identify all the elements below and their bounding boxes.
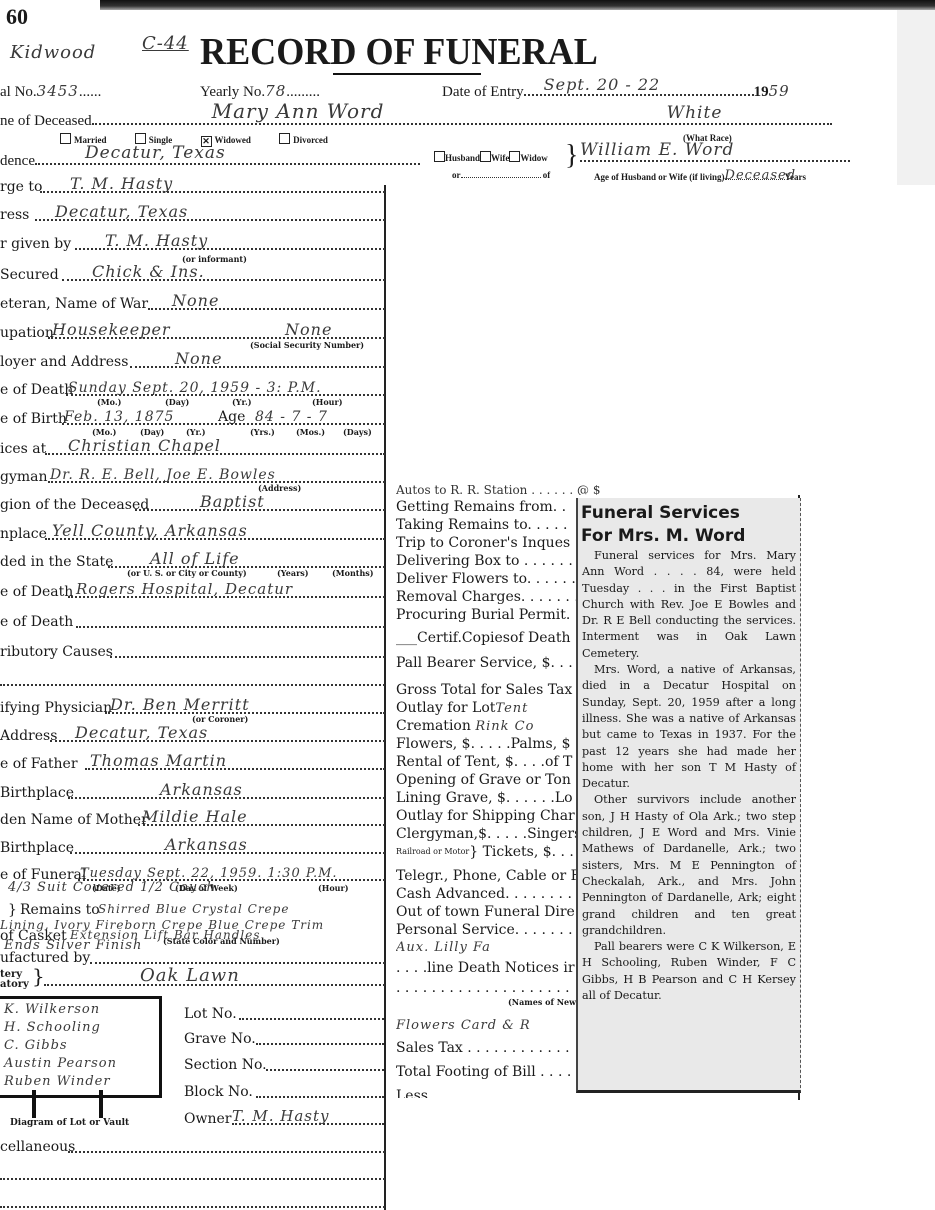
diagram-name: Ruben Winder [4,1074,111,1089]
diagram-leg-right [99,1090,103,1118]
religion-value[interactable]: Baptist [200,492,265,511]
clergyman-row: gymanDr. R. E. Bell, Joe E. Bowles [0,465,385,487]
mother-birthplace-value[interactable]: Arkansas [165,835,248,854]
divorced-checkbox[interactable] [279,133,290,144]
scan-edge [100,0,935,10]
charge-sales-tax: Sales Tax . . . . . . . . . . . . [396,1040,578,1056]
charge-tickets: Railroad or Motor} Tickets, $. . . . . . [396,844,578,860]
diagram-name: C. Gibbs [4,1038,68,1053]
order-given-by-value[interactable]: T. M. Hasty [105,231,208,250]
serial-label: al No. [0,84,37,100]
cemetery-row: }Oak Lawn [0,968,385,990]
section-no-row: Section No. [184,1053,384,1075]
diagram-name: K. Wilkerson [4,1002,100,1017]
mother-birthplace-row: BirthplaceArkansas [0,836,385,858]
father-birthplace-row: BirthplaceArkansas [0,781,385,803]
marital-divorced[interactable]: Divorced [279,135,328,145]
order-given-by-row: r given byT. M. Hasty [0,232,385,254]
birthplace-row: nplaceYell County, Arkansas [0,522,385,544]
grave-no-row: Grave No. [184,1027,384,1049]
charge-to-row: rge toT. M. Hasty [0,175,385,197]
ssn-caption: (Social Security Number) [250,340,364,350]
widow-checkbox[interactable] [509,151,520,162]
place-of-death-row: e of DeathRogers Hospital, Decatur [0,580,385,602]
physician-address-value[interactable]: Decatur, Texas [75,723,208,742]
spouse-type-options: HusbandWifeWidow [434,151,548,163]
casket-caption: (State Color and Number) [163,936,280,946]
married-checkbox[interactable] [60,133,71,144]
birthplace-value[interactable]: Yell County, Arkansas [52,521,248,540]
social-security-value[interactable]: None [285,320,332,339]
husband-checkbox[interactable] [434,151,445,162]
cemetery-value[interactable]: Oak Lawn [140,965,240,986]
charge-clergyman-singers: Clergyman,$. . . . .Singers [396,826,578,842]
contributory-causes-row: ributory Causes [0,640,385,662]
religion-row: gion of the DeceasedBaptist [0,493,385,515]
services-at-row: ices atChristian Chapel [0,437,385,459]
charge-deliver-flowers: Deliver Flowers to. . . . . . [396,571,578,587]
misc-blank-row [0,1190,385,1210]
owner-value[interactable]: T. M. Hasty [232,1107,329,1125]
title-underline [333,73,481,75]
charge-getting-remains: Getting Remains from. . [396,499,578,515]
charge-delivering-box: Delivering Box to . . . . . . [396,553,578,569]
charge-tent-rental: Rental of Tent, $. . . .of T [396,754,578,770]
mother-name-row: den Name of MotherMildie Hale [0,808,385,830]
date-of-birth-row: e of BirthFeb. 13, 1875Age84 - 7 - 7 [0,407,385,429]
entry-label: Date of Entry [442,84,524,100]
charge-removal: Removal Charges. . . . . . . [396,589,578,605]
charge-flowers-card-note[interactable]: Flowers Card & R [396,1018,578,1033]
resided-value[interactable]: All of Life [150,549,240,568]
clipping-paragraph: Mrs. Word, a native of Arkansas, died in… [578,662,800,792]
record-code: C-44 [142,33,189,54]
address-row: ressDecatur, Texas [0,203,385,225]
place-of-death-value[interactable]: Rogers Hospital, Decatur [76,580,293,598]
serial-no-field: al No.3453...... [0,82,101,101]
deceased-name-field: ne of DeceasedMary Ann WordWhite [0,113,832,130]
diagram-caption: Diagram of Lot or Vault [10,1118,129,1128]
veteran-value[interactable]: None [172,291,219,310]
entry-value[interactable]: Sept. 20 - 22 [544,75,661,94]
block-no-row: Block No. [184,1080,384,1102]
employer-value[interactable]: None [175,349,222,368]
physician-address-row: AddressDecatur, Texas [0,724,385,746]
wife-checkbox[interactable] [480,151,491,162]
blank-row [0,668,385,690]
address-value[interactable]: Decatur, Texas [55,202,188,221]
order-secured-value[interactable]: Chick & Ins. [92,262,205,281]
father-name-row: e of FatherThomas Martin [0,752,385,774]
charge-less: Less [396,1088,578,1098]
date-of-entry-field: Date of EntrySept. 20 - 221959 [442,82,790,101]
charge-personal-service: Personal Service. . . . . . . . [396,922,578,938]
deceased-label: ne of Deceased [0,113,92,129]
miscellaneous-row: cellaneous [0,1135,385,1157]
entry-year-prefix: 19 [754,84,769,100]
newspaper-clipping: Funeral ServicesFor Mrs. M. Word Funeral… [576,498,801,1093]
yearly-label: Yearly No. [200,84,265,100]
charge-to-value[interactable]: T. M. Hasty [70,174,173,193]
services-at-value[interactable]: Christian Chapel [68,436,221,455]
clipping-paragraph: Pall bearers were C K Wilkerson, E H Sch… [578,939,800,1004]
spouse-brace: } [565,140,578,172]
location-note: Kidwood [10,42,96,63]
charge-coroner-trip: Trip to Coroner's Inques [396,535,578,551]
spouse-name-field: William E. Word [580,150,850,167]
diagram-name: H. Schooling [4,1020,101,1035]
yearly-value[interactable]: 78 [265,82,286,100]
spouse-age-value[interactable]: Deceased [725,168,797,183]
funeral-time-value[interactable]: Tuesday Sept. 22, 1959. 1:30 P.M. [80,866,338,881]
clipping-paragraph: Other survivors include another son, J H… [578,792,800,939]
charge-autos: Autos to R. R. Station . . . . . . @ $ [396,483,796,495]
scan-margin [897,10,935,185]
newspaper-caption: (Names of New [508,997,576,1007]
charge-pall-bearer: Pall Bearer Service, $. . . [396,655,578,671]
date-of-death-value[interactable]: Sunday Sept. 20, 1959 - 3: P.M. [68,380,322,396]
charge-telegraph: Telegr., Phone, Cable or F [396,868,578,884]
charge-death-certificates: ___Certif.Copiesof Death [396,630,578,646]
physician-value[interactable]: Dr. Ben Merritt [110,695,250,714]
residence-field: denceDecatur, Texas [0,153,420,170]
entry-year-value[interactable]: 59 [769,82,790,100]
race-value[interactable]: White [667,103,723,123]
clipping-headline: Funeral ServicesFor Mrs. M. Word [581,502,800,548]
charge-opening-grave: Opening of Grave or Ton [396,772,578,788]
charge-outlay-lot: Outlay for LotTent [396,700,578,716]
charge-lining-grave: Lining Grave, $. . . . . .Lo [396,790,578,806]
veteran-row: eteran, Name of WarNone [0,292,385,314]
charge-total-footing: Total Footing of Bill . . . . [396,1064,578,1080]
charge-taking-remains: Taking Remains to. . . . . [396,517,578,533]
occupation-value[interactable]: Housekeeper [52,320,171,339]
remains-row: } Remains toShirred Blue Crystal Crepe [0,898,385,920]
charge-aux-note[interactable]: Aux. Lilly Fa [396,940,578,955]
charge-blank-dots: . . . . . . . . . . . . . . . . . . . . [396,980,578,996]
order-secured-row: SecuredChick & Ins. [0,263,385,285]
residence-value[interactable]: Decatur, Texas [85,143,226,163]
age-value[interactable]: 84 - 7 - 7 [255,409,328,425]
page-title: RECORD OF FUNERAL [200,30,598,74]
charge-flowers-palms: Flowers, $. . . . .Palms, $ [396,736,578,752]
spouse-value[interactable]: William E. Word [580,140,734,160]
charge-cremation: Cremation Rink Co [396,718,578,734]
charge-out-of-town: Out of town Funeral Dire [396,904,578,920]
mother-name-value[interactable]: Mildie Hale [142,807,248,826]
clipping-paragraph: Funeral services for Mrs. Mary Ann Word … [578,548,800,662]
remains-value[interactable]: Shirred Blue Crystal Crepe [98,902,289,916]
remains-note[interactable]: 4/3 Suit Covered 1/2 Couch [8,880,216,895]
charge-shipping: Outlay for Shipping Char [396,808,578,824]
date-of-birth-value[interactable]: Feb. 13, 1875 [64,409,174,425]
charge-burial-permit: Procuring Burial Permit. . [396,607,578,623]
cause-of-death-row: e of Death [0,610,385,632]
father-birthplace-value[interactable]: Arkansas [160,780,243,799]
charge-cash-advanced: Cash Advanced. . . . . . . . [396,886,578,902]
diagram-leg-left [32,1090,36,1118]
misc-blank-row [0,1162,385,1184]
spouse-or-of: or of [452,170,550,180]
spouse-age-field: Age of Husband or Wife (if living)Deceas… [594,172,806,182]
serial-value[interactable]: 3453 [37,82,79,100]
owner-row: OwnerT. M. Hasty [184,1107,384,1129]
page-number: 60 [6,4,28,30]
clergyman-value[interactable]: Dr. R. E. Bell, Joe E. Bowles [50,467,276,483]
lot-no-row: Lot No. [184,1002,384,1024]
employer-row: loyer and AddressNone [0,350,385,372]
father-name-value[interactable]: Thomas Martin [90,751,227,770]
deceased-value[interactable]: Mary Ann Word [212,99,385,123]
charge-death-notices: . . . .line Death Notices ir [396,960,578,976]
charge-gross-total: Gross Total for Sales Tax [396,682,578,698]
residence-label: dence [0,153,35,169]
diagram-name: Austin Pearson [4,1056,117,1071]
